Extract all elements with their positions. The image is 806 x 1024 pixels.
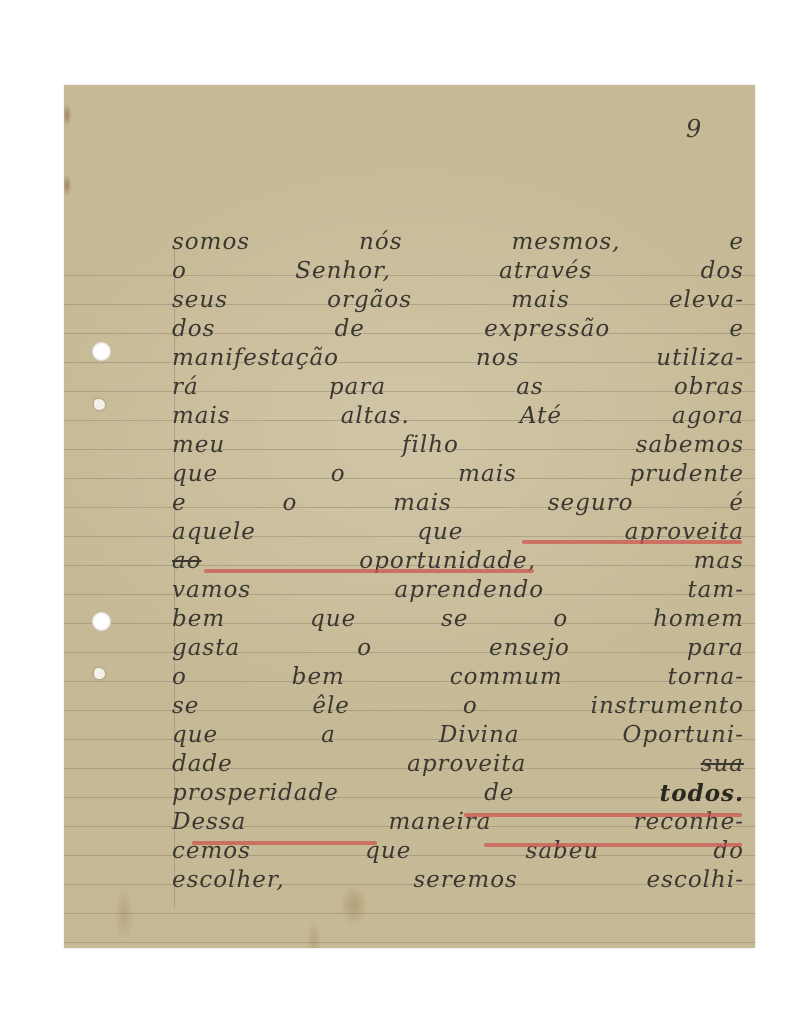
handwritten-word: mesmos, — [511, 228, 620, 257]
handwritten-line: manifestaçãonosutiliza- — [172, 344, 744, 373]
handwritten-word: seguro — [548, 489, 634, 518]
handwritten-word: altas. — [341, 402, 410, 431]
handwritten-word: que — [172, 721, 218, 750]
handwritten-word: se — [441, 605, 468, 634]
handwritten-word: somos — [172, 228, 250, 257]
handwritten-word: bem — [172, 605, 225, 634]
handwritten-word: do — [713, 837, 744, 866]
manuscript-page: 9 somosnósmesmos,eoSenhor,atravésdosseus… — [64, 85, 755, 948]
red-underline-sabeu-do — [464, 813, 742, 817]
handwritten-word: para — [687, 634, 744, 663]
handwritten-word: seremos — [413, 866, 517, 895]
handwritten-word: mas — [694, 547, 744, 576]
red-underline-escolher — [192, 841, 377, 845]
handwritten-word: agora — [672, 402, 744, 431]
handwritten-word: filho — [402, 431, 459, 460]
handwritten-word: mais — [511, 286, 570, 315]
handwritten-word: dade — [172, 750, 233, 779]
handwritten-word: Oportuni- — [623, 721, 744, 750]
handwritten-word: dos — [701, 257, 744, 286]
handwritten-word: commum — [450, 663, 563, 692]
handwritten-word: para — [329, 373, 386, 402]
handwritten-word: Dessa — [172, 808, 246, 837]
handwritten-word: mais — [393, 489, 452, 518]
red-underline-seremos-escolhi — [484, 843, 742, 847]
handwritten-word: mais — [172, 402, 231, 431]
handwritten-line: dadeaproveitasua — [172, 750, 744, 779]
handwritten-line: seêleoinstrumento — [172, 692, 744, 721]
handwritten-word: prosperidade — [172, 779, 339, 808]
handwritten-word: manifestação — [172, 344, 339, 373]
handwritten-word: sabeu — [526, 837, 600, 866]
handwritten-line: ráparaasobras — [172, 373, 744, 402]
handwritten-word: se — [172, 692, 199, 721]
handwritten-word: e — [729, 315, 744, 344]
handwritten-word: todos. — [660, 779, 744, 808]
handwritten-word: êle — [312, 692, 350, 721]
handwritten-word: Divina — [439, 721, 520, 750]
handwritten-word: rá — [172, 373, 199, 402]
handwritten-line: eomaisseguroé — [172, 489, 744, 518]
handwritten-line: obemcommumtorna- — [172, 663, 744, 692]
handwritten-word: o — [331, 460, 346, 489]
red-underline-oportunidade — [204, 569, 534, 573]
handwritten-word: mais — [458, 460, 517, 489]
handwritten-word: o — [553, 605, 568, 634]
handwritten-word: aproveita — [407, 750, 526, 779]
handwritten-word: que — [310, 605, 356, 634]
handwritten-word: as — [516, 373, 544, 402]
handwritten-line: meufilhosabemos — [172, 431, 744, 460]
handwritten-word: tam- — [687, 576, 744, 605]
handwritten-word: Até — [520, 402, 562, 431]
handwritten-word: aprendendo — [395, 576, 545, 605]
handwritten-word: ao — [172, 547, 202, 576]
handwritten-word: o — [172, 663, 187, 692]
handwritten-word: meu — [172, 431, 225, 460]
handwritten-word: aquele — [172, 518, 256, 547]
handwritten-word: orgãos — [327, 286, 412, 315]
handwritten-word: o — [172, 257, 187, 286]
handwritten-word: escolher, — [172, 866, 285, 895]
handwritten-word: prudente — [629, 460, 744, 489]
handwritten-word: ensejo — [489, 634, 570, 663]
handwritten-line: maisaltas.Atéagora — [172, 402, 744, 431]
handwritten-word: torna- — [668, 663, 744, 692]
ruled-line — [64, 913, 755, 914]
handwritten-word: o — [463, 692, 478, 721]
handwritten-word: de — [484, 779, 514, 808]
handwritten-word: gasta — [172, 634, 240, 663]
handwritten-line: gastaoensejopara — [172, 634, 744, 663]
handwritten-word: a — [321, 721, 336, 750]
handwritten-word: através — [499, 257, 592, 286]
handwritten-word: expressão — [484, 315, 610, 344]
handwritten-word: nos — [476, 344, 519, 373]
torn-hole — [94, 668, 105, 679]
handwritten-word: o — [282, 489, 297, 518]
handwritten-line: bemqueseohomem — [172, 605, 744, 634]
handwritten-text: somosnósmesmos,eoSenhor,atravésdosseusor… — [172, 228, 744, 895]
handwritten-word: é — [729, 489, 744, 518]
handwritten-word: que — [172, 460, 218, 489]
handwritten-word: homem — [653, 605, 744, 634]
handwritten-line: prosperidadedetodos. — [172, 779, 744, 808]
handwritten-line: somosnósmesmos,e — [172, 228, 744, 257]
handwritten-word: sua — [701, 750, 744, 779]
page-number: 9 — [686, 115, 701, 143]
handwritten-word: instrumento — [591, 692, 744, 721]
handwritten-word: seus — [172, 286, 228, 315]
handwritten-word: que — [417, 518, 463, 547]
handwritten-word: e — [729, 228, 744, 257]
handwritten-word: eleva- — [669, 286, 744, 315]
handwritten-word: o — [357, 634, 372, 663]
handwritten-word: utiliza- — [656, 344, 744, 373]
handwritten-word: bem — [292, 663, 345, 692]
handwritten-word: vamos — [172, 576, 251, 605]
handwritten-line: escolher,seremosescolhi- — [172, 866, 744, 895]
handwritten-line: seusorgãosmaiseleva- — [172, 286, 744, 315]
handwritten-word: Senhor, — [295, 257, 391, 286]
punch-hole-top — [92, 342, 111, 361]
handwritten-word: escolhi- — [647, 866, 744, 895]
handwritten-line: queaDivinaOportuni- — [172, 721, 744, 750]
red-underline-aproveita — [522, 540, 742, 544]
handwritten-line: oSenhor,atravésdos — [172, 257, 744, 286]
ruled-line — [64, 942, 755, 943]
handwritten-line: vamosaprendendotam- — [172, 576, 744, 605]
torn-hole — [94, 399, 105, 410]
handwritten-word: nós — [359, 228, 402, 257]
handwritten-word: obras — [674, 373, 744, 402]
punch-hole-bottom — [92, 612, 111, 631]
handwritten-word: de — [335, 315, 365, 344]
handwritten-word: sabemos — [636, 431, 744, 460]
handwritten-word: dos — [172, 315, 215, 344]
handwritten-word: e — [172, 489, 187, 518]
handwritten-line: dosdeexpressãoe — [172, 315, 744, 344]
handwritten-line: queomaisprudente — [172, 460, 744, 489]
